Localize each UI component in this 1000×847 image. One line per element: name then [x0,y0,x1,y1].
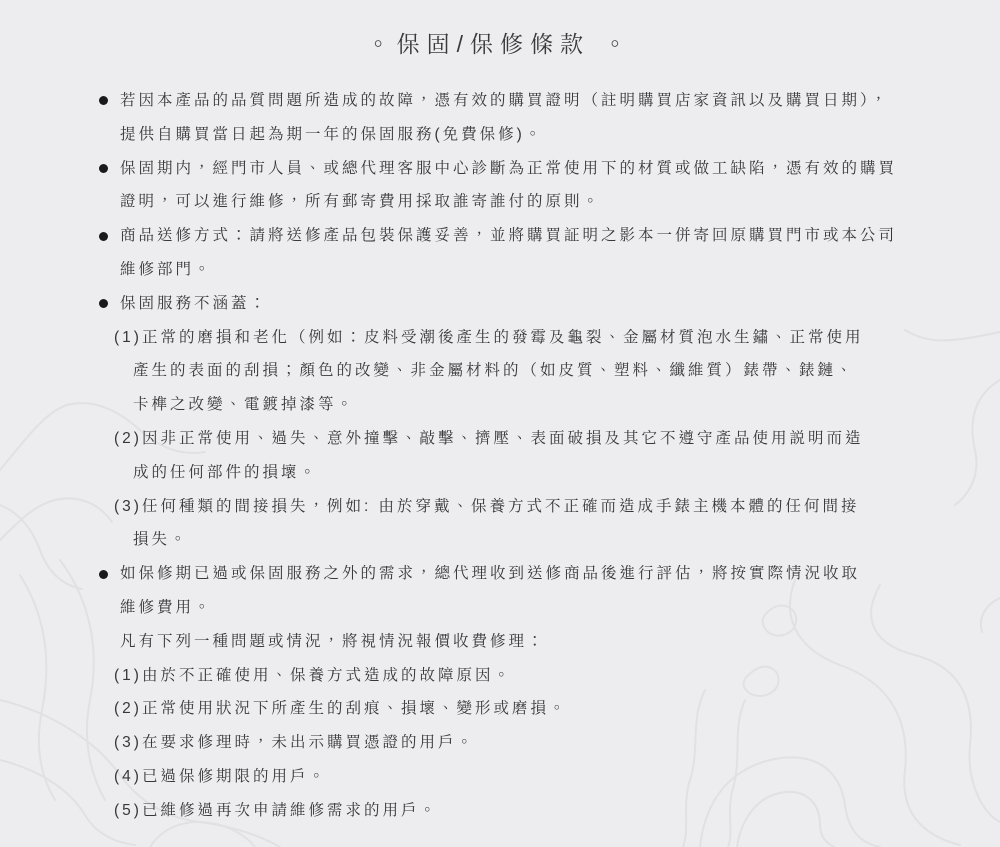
term-item: 若因本產品的品質問題所造成的故障，憑有效的購買證明（註明購買店家資訊以及購買日期… [0,84,1000,152]
term-line: 產生的表面的刮損；顏色的改變、非金屬材料的（如皮質、塑料、纖維質）錶帶、錶鏈、 [0,354,1000,388]
term-line: 維修部門。 [0,253,1000,287]
term-item: 如保修期已過或保固服務之外的需求，總代理收到送修商品後進行評估，將按實際情況收取… [0,557,1000,827]
term-item: 保固服務不涵蓋： (1)正常的磨損和老化（例如：皮料受潮後產生的發霉及龜裂、金屬… [0,287,1000,557]
term-line: (3)任何種類的間接損失，例如: 由於穿戴、保養方式不正確而造成手錶主機本體的任… [0,490,1000,524]
warranty-terms-list: 若因本產品的品質問題所造成的故障，憑有效的購買證明（註明購買店家資訊以及購買日期… [0,84,1000,828]
term-line: (4)已過保修期限的用戶。 [0,760,1000,794]
term-line: 保固服務不涵蓋： [0,287,1000,321]
bullet-dot [99,164,108,173]
bullet-dot [99,570,108,579]
term-line: 卡榫之改變、電鍍掉漆等。 [0,388,1000,422]
term-line: 保固期内，經門市人員、或總代理客服中心診斷為正常使用下的材質或做工缺陷，憑有效的… [0,152,1000,186]
term-line: (5)已維修過再次申請維修需求的用戶。 [0,794,1000,828]
term-line: (2)因非正常使用、過失、意外撞擊、敲擊、擠壓、表面破損及其它不遵守產品使用説明… [0,422,1000,456]
bullet-dot [99,232,108,241]
term-line: 成的任何部件的損壞。 [0,456,1000,490]
term-item: 保固期内，經門市人員、或總代理客服中心診斷為正常使用下的材質或做工缺陷，憑有效的… [0,152,1000,220]
term-line: (1)正常的磨損和老化（例如：皮料受潮後產生的發霉及龜裂、金屬材質泡水生鏽、正常… [0,321,1000,355]
term-line: 證明，可以進行維修，所有郵寄費用採取誰寄誰付的原則。 [0,185,1000,219]
term-line: 維修費用。 [0,591,1000,625]
term-line: 損失。 [0,523,1000,557]
term-line: 如保修期已過或保固服務之外的需求，總代理收到送修商品後進行評估，將按實際情況收取 [0,557,1000,591]
term-line: 凡有下列一種問題或情況，將視情況報價收費修理： [0,625,1000,659]
term-line: 商品送修方式：請將送修產品包裝保護妥善，並將購買証明之影本一併寄回原購買門市或本… [0,219,1000,253]
term-line: (2)正常使用狀況下所產生的刮痕、損壞、變形或磨損。 [0,692,1000,726]
page-title: 。保固/保修條款 。 [0,26,1000,59]
term-line: 提供自購買當日起為期一年的保固服務(免費保修)。 [0,118,1000,152]
term-line: (3)在要求修理時，未出示購買憑證的用戶。 [0,726,1000,760]
term-line: (1)由於不正確使用、保養方式造成的故障原因。 [0,659,1000,693]
term-item: 商品送修方式：請將送修產品包裝保護妥善，並將購買証明之影本一併寄回原購買門市或本… [0,219,1000,287]
term-line: 若因本產品的品質問題所造成的故障，憑有效的購買證明（註明購買店家資訊以及購買日期… [0,84,1000,118]
